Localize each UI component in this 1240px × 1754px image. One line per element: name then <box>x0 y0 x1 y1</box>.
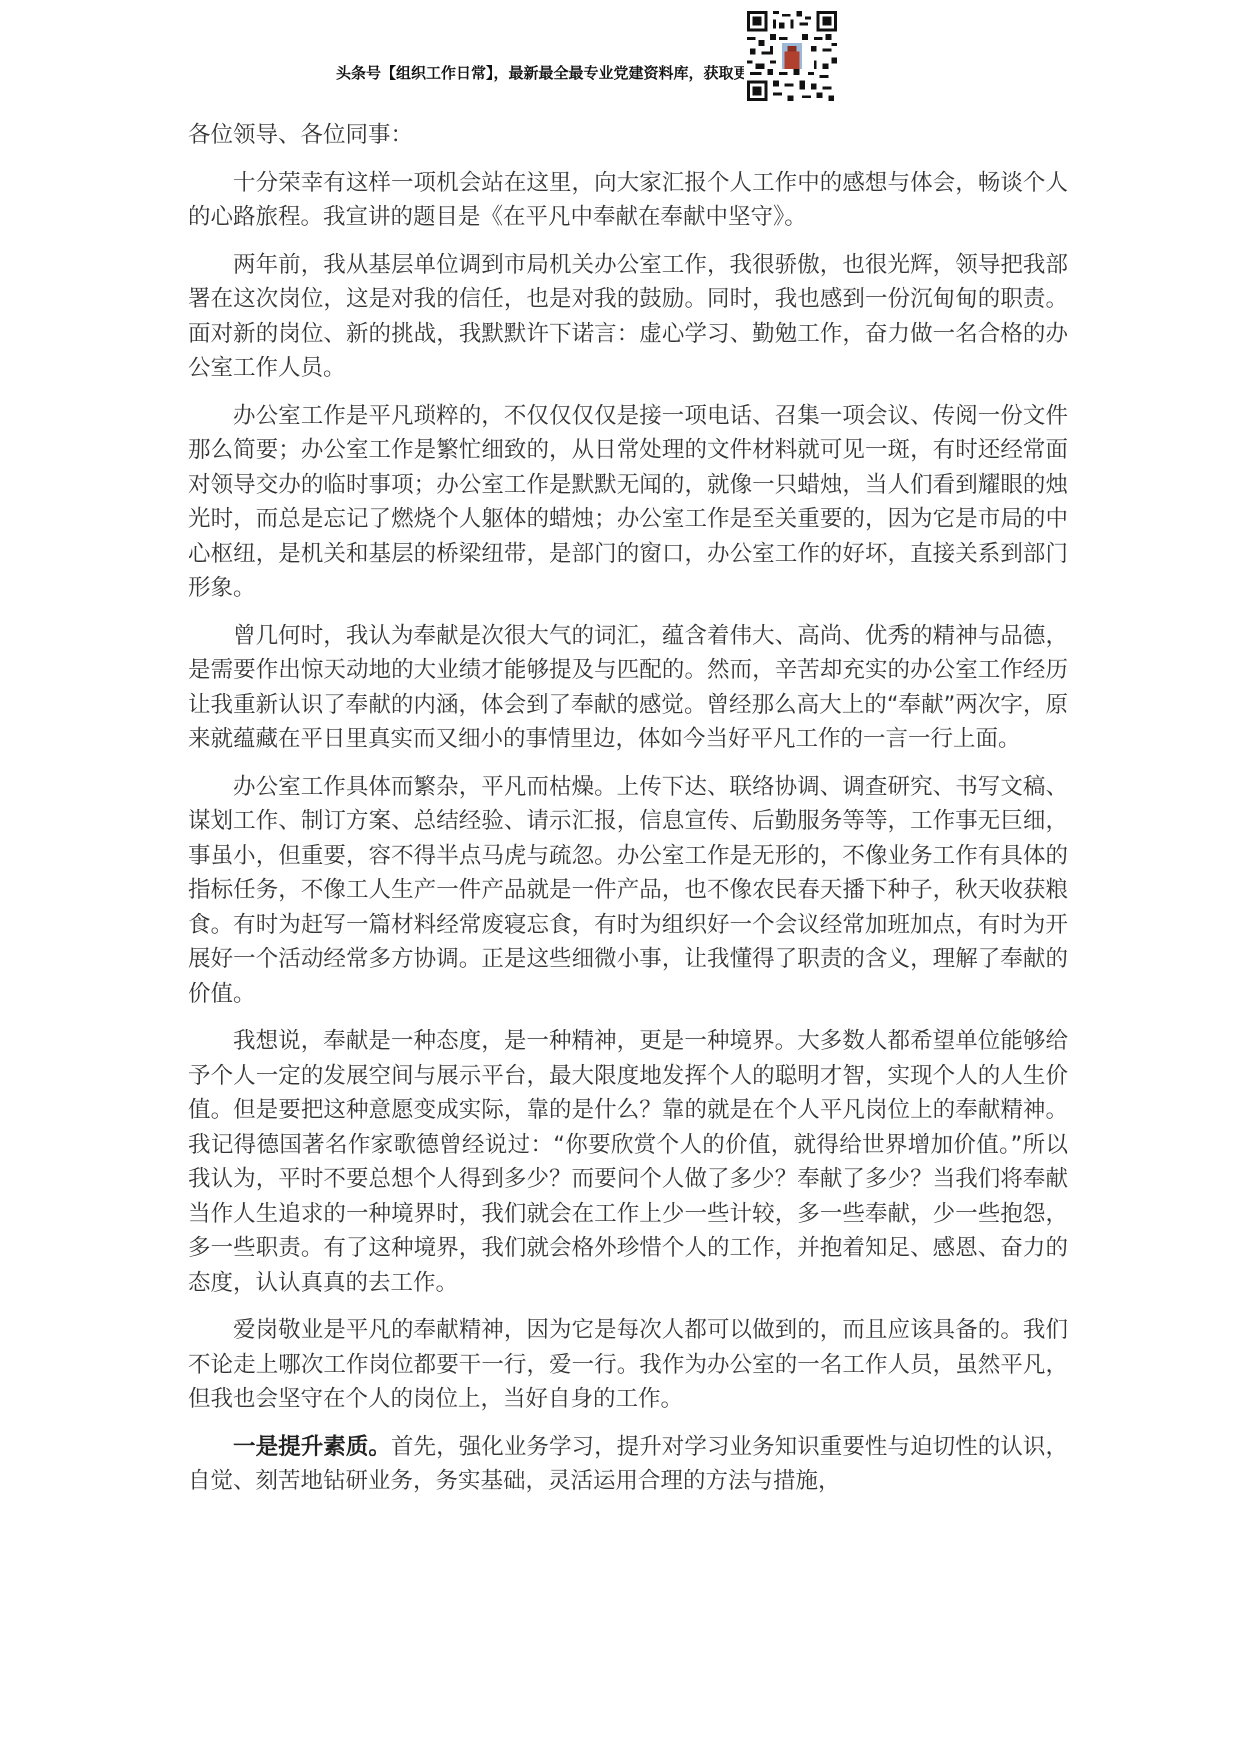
document-body: 各位领导、各位同事： 十分荣幸有这样一项机会站在这里，向大家汇报个人工作中的感想… <box>188 118 1068 1512</box>
paragraph: 两年前，我从基层单位调到市局机关办公室工作，我很骄傲，也很光辉，领导把我部署在这… <box>188 248 1068 386</box>
paragraph: 我想说，奉献是一种态度，是一种精神，更是一种境界。大多数人都希望单位能够给予个人… <box>188 1024 1068 1300</box>
salutation: 各位领导、各位同事： <box>188 118 1068 153</box>
paragraph-last: 一是提升素质。首先，强化业务学习，提升对学习业务知识重要性与迫切性的认识，自觉、… <box>188 1430 1068 1499</box>
paragraph: 办公室工作是平凡琐粹的，不仅仅仅仅是接一项电话、召集一项会议、传阅一份文件那么简… <box>188 399 1068 606</box>
qr-code-icon[interactable] <box>744 8 840 104</box>
page-header: 头条号【组织工作日常】，最新最全最专业党建资料库，获取更多，扫码开通 <box>0 0 1240 110</box>
bold-lead: 一是提升素质。 <box>233 1434 391 1460</box>
paragraph: 曾几何时，我认为奉献是次很大气的词汇，蕴含着伟大、高尚、优秀的精神与品德，是需要… <box>188 619 1068 757</box>
paragraph: 十分荣幸有这样一项机会站在这里，向大家汇报个人工作中的感想与体会，畅谈个人的心路… <box>188 166 1068 235</box>
paragraph: 办公室工作具体而繁杂，平凡而枯燥。上传下达、联络协调、调查研究、书写文稿、谋划工… <box>188 770 1068 1012</box>
paragraph: 爱岗敬业是平凡的奉献精神，因为它是每次人都可以做到的，而且应该具备的。我们不论走… <box>188 1313 1068 1417</box>
